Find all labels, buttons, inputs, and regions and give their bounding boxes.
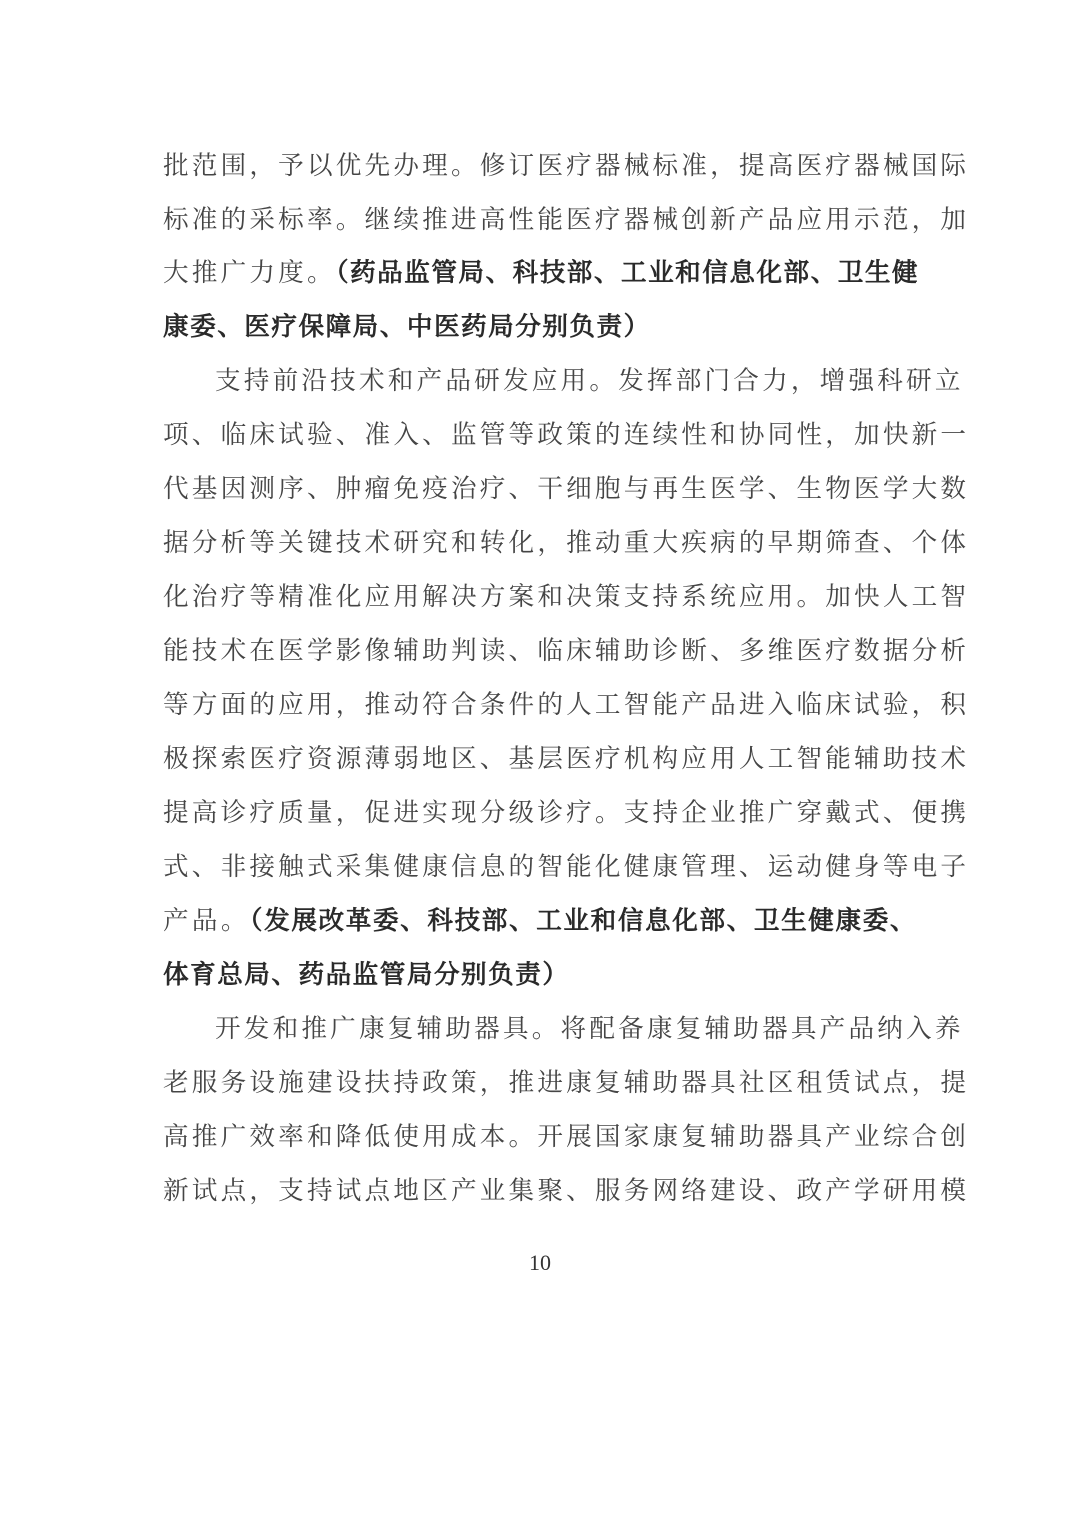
paragraph-start: 支持前沿技术和产品研发应用。发挥部门合力，增强科研立 <box>215 361 917 401</box>
text-line: 体育总局、药品监管局分别负责） <box>163 955 917 995</box>
responsible-departments: 体育总局、药品监管局分别负责） <box>163 960 569 990</box>
text-line: 大推广力度。（药品监管局、科技部、工业和信息化部、卫生健 <box>163 253 917 293</box>
text-line: 提高诊疗质量，促进实现分级诊疗。支持企业推广穿戴式、便携 <box>163 793 917 833</box>
text-line: 批范围，予以优先办理。修订医疗器械标准，提高医疗器械国际 <box>163 146 917 186</box>
text-line: 高推广效率和降低使用成本。开展国家康复辅助器具产业综合创 <box>163 1117 917 1157</box>
text-line: 康委、医疗保障局、中医药局分别负责） <box>163 307 917 347</box>
text-line: 项、临床试验、准入、监管等政策的连续性和协同性，加快新一 <box>163 415 917 455</box>
text-line: 能技术在医学影像辅助判读、临床辅助诊断、多维医疗数据分析 <box>163 631 917 671</box>
document-page: 批范围，予以优先办理。修订医疗器械标准，提高医疗器械国际 标准的采标率。继续推进… <box>0 0 1080 1526</box>
text-line: 化治疗等精准化应用解决方案和决策支持系统应用。加快人工智 <box>163 577 917 617</box>
text-line: 式、非接触式采集健康信息的智能化健康管理、运动健身等电子 <box>163 847 917 887</box>
page-number: 10 <box>500 1250 580 1276</box>
paragraph-start: 开发和推广康复辅助器具。将配备康复辅助器具产品纳入养 <box>215 1009 917 1049</box>
text-line: 等方面的应用，推动符合条件的人工智能产品进入临床试验，积 <box>163 685 917 725</box>
responsible-departments: （药品监管局、科技部、工业和信息化部、卫生健 <box>336 258 919 288</box>
responsible-departments: （发展改革委、科技部、工业和信息化部、卫生健康委、 <box>250 906 917 936</box>
text-line: 据分析等关键技术研究和转化，推动重大疾病的早期筛查、个体 <box>163 523 917 563</box>
text-line: 新试点，支持试点地区产业集聚、服务网络建设、政产学研用模 <box>163 1171 917 1211</box>
text-line: 老服务设施建设扶持政策，推进康复辅助器具社区租赁试点，提 <box>163 1063 917 1103</box>
responsible-departments: 康委、医疗保障局、中医药局分别负责） <box>163 312 651 342</box>
text-line: 标准的采标率。继续推进高性能医疗器械创新产品应用示范，加 <box>163 200 917 240</box>
text-line: 产品。（发展改革委、科技部、工业和信息化部、卫生健康委、 <box>163 901 917 941</box>
text-line: 极探索医疗资源薄弱地区、基层医疗机构应用人工智能辅助技术 <box>163 739 917 779</box>
text-line: 代基因测序、肿瘤免疫治疗、干细胞与再生医学、生物医学大数 <box>163 469 917 509</box>
